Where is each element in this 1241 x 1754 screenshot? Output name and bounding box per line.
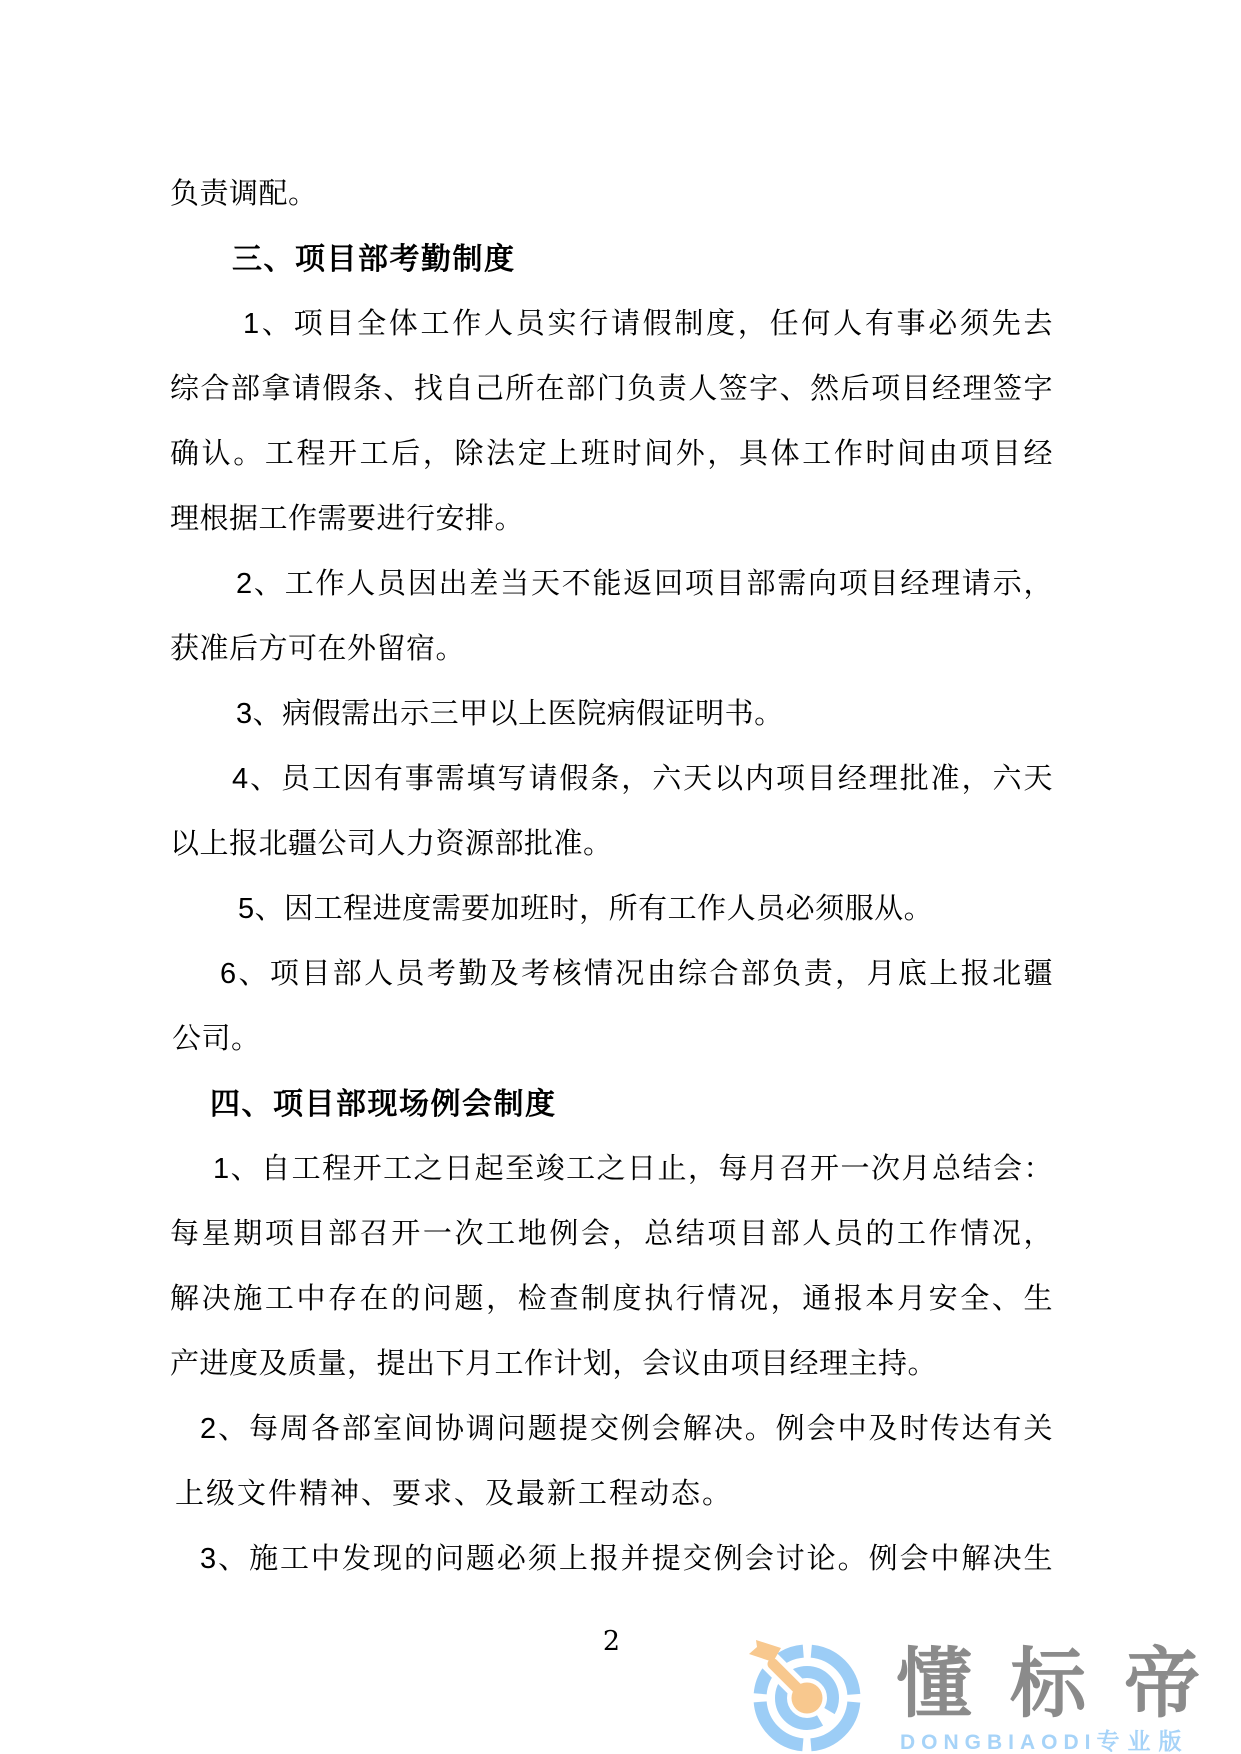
- text-line: 1、项目全体工作人员实行请假制度，任何人有事必须先去: [243, 309, 1053, 340]
- text-line: 2、工作人员因出差当天不能返回项目部需向项目经理请示，: [236, 569, 1053, 600]
- watermark-edition-text: 专业版: [1097, 1728, 1190, 1754]
- text-line: 综合部拿请假条、找自己所在部门负责人签字、然后项目经理签字: [170, 374, 1053, 405]
- document-page: 负责调配。 三、项目部考勤制度 1、项目全体工作人员实行请假制度，任何人有事必须…: [0, 0, 1241, 1754]
- watermark-brand-text: 懂标帝: [896, 1645, 1238, 1725]
- section-heading: 四、项目部现场例会制度: [210, 1089, 557, 1120]
- text-line: 公司。: [172, 1024, 261, 1055]
- watermark-latin-text: DONGBIAODI: [900, 1731, 1097, 1754]
- watermark-brand-subtext: DONGBIAODI专业版: [900, 1723, 1190, 1754]
- text-line: 3、施工中发现的问题必须上报并提交例会讨论。例会中解决生: [200, 1544, 1053, 1575]
- text-line: 4、员工因有事需填写请假条，六天以内项目经理批准，六天: [232, 764, 1053, 795]
- text-line: 每星期项目部召开一次工地例会，总结项目部人员的工作情况，: [170, 1219, 1053, 1250]
- text-line: 上级文件精神、要求、及最新工程动态。: [175, 1479, 733, 1510]
- text-line: 确认。工程开工后，除法定上班时间外，具体工作时间由项目经: [170, 439, 1053, 470]
- target-dart-icon: [747, 1638, 867, 1754]
- section-heading: 三、项目部考勤制度: [232, 244, 516, 275]
- text-line: 负责调配。: [170, 179, 318, 210]
- text-line: 1、自工程开工之日起至竣工之日止，每月召开一次月总结会：: [213, 1154, 1053, 1185]
- text-line: 理根据工作需要进行安排。: [170, 504, 524, 535]
- text-line: 2、每周各部室间协调问题提交例会解决。例会中及时传达有关: [200, 1414, 1053, 1445]
- text-line: 解决施工中存在的问题，检查制度执行情况，通报本月安全、生: [170, 1284, 1053, 1315]
- text-line: 6、项目部人员考勤及考核情况由综合部负责，月底上报北疆: [220, 959, 1053, 990]
- text-line: 5、因工程进度需要加班时，所有工作人员必须服从。: [238, 894, 933, 925]
- text-line: 3、病假需出示三甲以上医院病假证明书。: [236, 699, 784, 730]
- text-line: 获准后方可在外留宿。: [170, 634, 465, 665]
- text-line: 以上报北疆公司人力资源部批准。: [170, 829, 613, 860]
- text-line: 产进度及质量，提出下月工作计划，会议由项目经理主持。: [170, 1349, 937, 1380]
